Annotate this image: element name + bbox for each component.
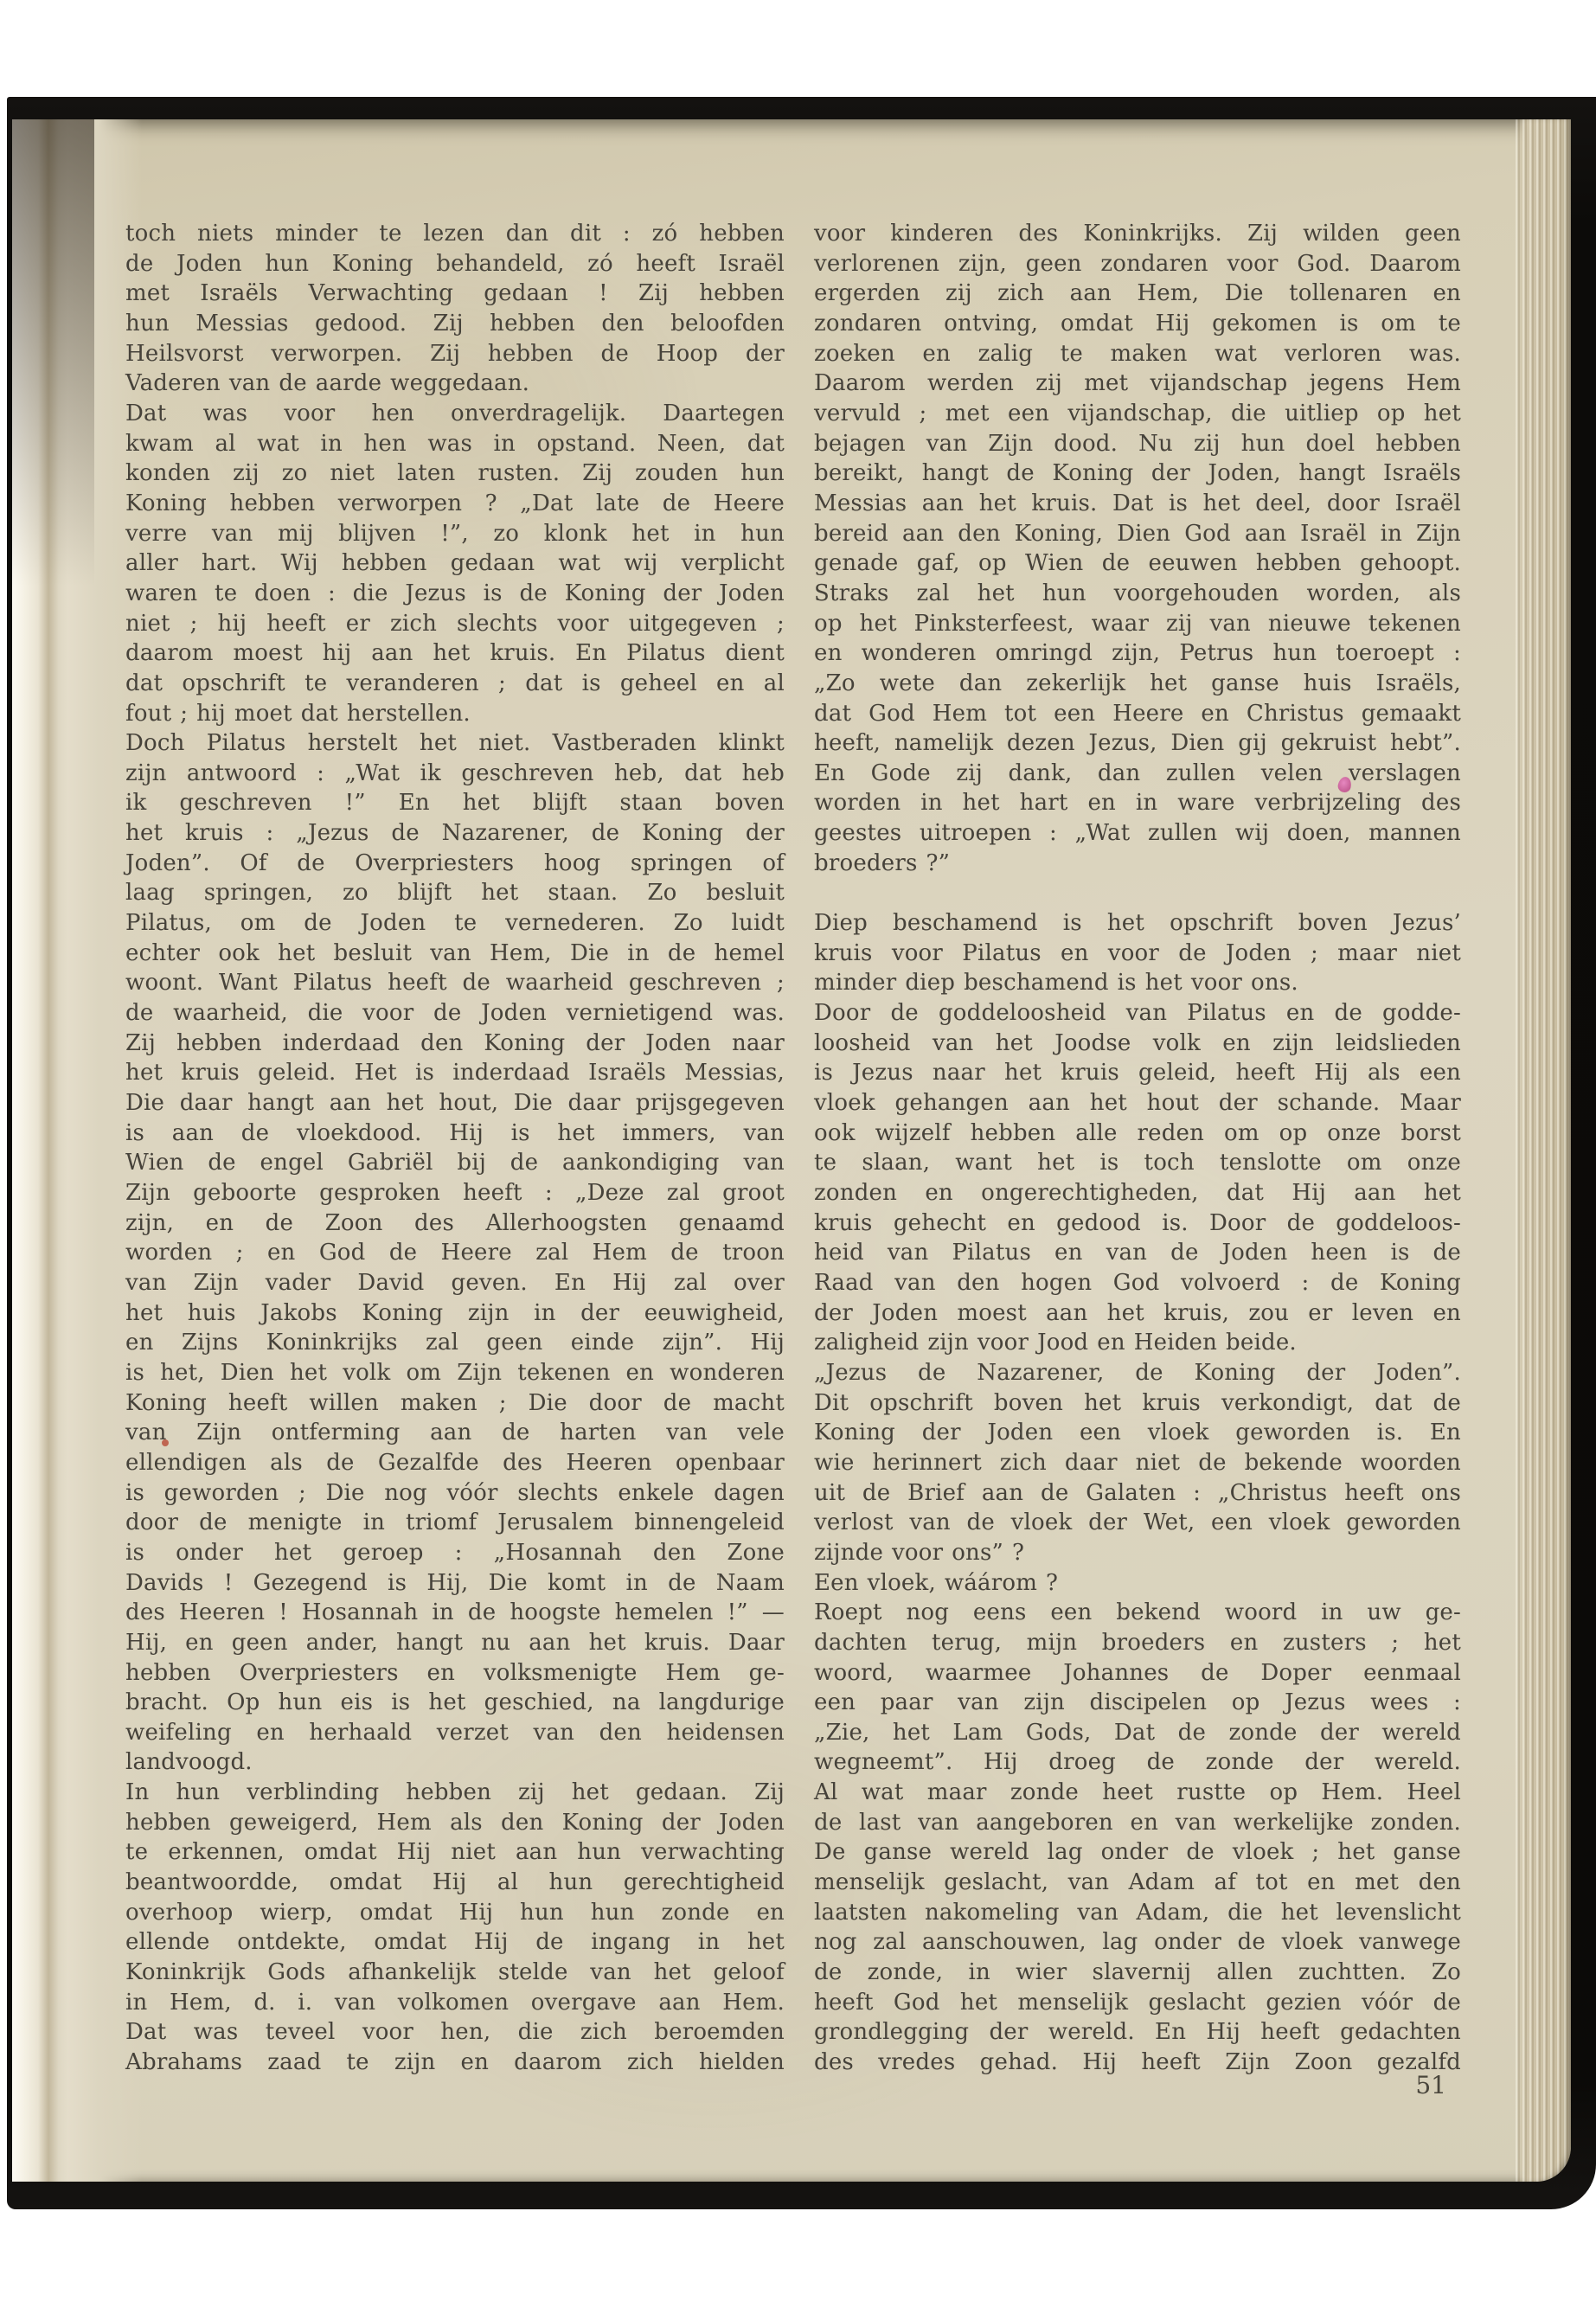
text-line: Dit opschrift boven het kruis verkondigt… xyxy=(814,1388,1461,1419)
text-line: konden zij zo niet laten rusten. Zij zou… xyxy=(125,458,785,489)
text-line: te slaan, want het is toch tenslotte om … xyxy=(814,1148,1461,1178)
text-line: Zijn geboorte gesproken heeft : „Deze za… xyxy=(125,1178,785,1208)
text-line: menselijk geslacht, van Adam af tot en m… xyxy=(814,1868,1461,1898)
text-line: dachten terug, mijn broeders en zusters … xyxy=(814,1628,1461,1658)
text-line: Davids ! Gezegend is Hij, Die komt in de… xyxy=(125,1568,785,1599)
text-line: bereikt, hangt de Koning der Joden, hang… xyxy=(814,458,1461,489)
text-line: ik geschreven !” En het blijft staan bov… xyxy=(125,788,785,818)
text-line: fout ; hij moet dat herstellen. xyxy=(125,699,785,729)
text-line: Abrahams zaad te zijn en daarom zich hie… xyxy=(125,2048,785,2078)
text-line: met Israëls Verwachting gedaan ! Zij heb… xyxy=(125,279,785,309)
text-line: ergerden zij zich aan Hem, Die tollenare… xyxy=(814,279,1461,309)
text-line: grondlegging der wereld. En Hij heeft ge… xyxy=(814,2017,1461,2048)
text-line: is Jezus naar het kruis geleid, heeft Hi… xyxy=(814,1058,1461,1088)
text-line: niet ; hij heeft er zich slechts voor ui… xyxy=(125,609,785,639)
text-line: Heilsvorst verworpen. Zij hebben de Hoop… xyxy=(125,339,785,369)
page-number: 51 xyxy=(1246,2071,1446,2099)
text-line: Zij hebben inderdaad den Koning der Jode… xyxy=(125,1029,785,1059)
text-line: verlost van de vloek der Wet, een vloek … xyxy=(814,1508,1461,1538)
text-line: bereid aan den Koning, Dien God aan Isra… xyxy=(814,519,1461,549)
text-line: ellende ontdekte, omdat Hij de ingang in… xyxy=(125,1927,785,1958)
text-line: Een vloek, wáárom ? xyxy=(814,1568,1461,1599)
text-line: in Hem, d. i. van volkomen overgave aan … xyxy=(125,1988,785,2018)
text-line: heeft, namelijk dezen Jezus, Dien gij ge… xyxy=(814,728,1461,759)
text-line: dat God Hem tot een Heere en Christus ge… xyxy=(814,699,1461,729)
text-line: De ganse wereld lag onder de vloek ; het… xyxy=(814,1837,1461,1868)
text-line: door de menigte in triomf Jerusalem binn… xyxy=(125,1508,785,1538)
text-line: kwam al wat in hen was in opstand. Neen,… xyxy=(125,429,785,459)
text-line: En Gode zij dank, dan zullen velen versl… xyxy=(814,759,1461,789)
text-line: laag springen, zo blijft het staan. Zo b… xyxy=(125,878,785,908)
text-line: ook wijzelf hebben alle reden om op onze… xyxy=(814,1118,1461,1149)
text-line: en Zijns Koninkrijks zal geen einde zijn… xyxy=(125,1328,785,1358)
text-line: nog zal aanschouwen, lag onder de vloek … xyxy=(814,1927,1461,1958)
text-line: worden ; en God de Heere zal Hem de troo… xyxy=(125,1238,785,1268)
text-line: broeders ?” xyxy=(814,849,1461,879)
text-line: geestes uitroepen : „Wat zullen wij doen… xyxy=(814,818,1461,849)
text-line: Koning hebben verworpen ? „Dat late de H… xyxy=(125,489,785,519)
text-line: de waarheid, die voor de Joden vernietig… xyxy=(125,998,785,1029)
text-line: daarom moest hij aan het kruis. En Pilat… xyxy=(125,638,785,669)
text-line: In hun verblinding hebben zij het gedaan… xyxy=(125,1778,785,1808)
text-line: het huis Jakobs Koning zijn in der eeuwi… xyxy=(125,1298,785,1329)
text-line: op het Pinksterfeest, waar zij van nieuw… xyxy=(814,609,1461,639)
text-line: Vaderen van de aarde weggedaan. xyxy=(125,369,785,399)
red-speck xyxy=(162,1439,169,1446)
text-line: Roept nog eens een bekend woord in uw ge… xyxy=(814,1598,1461,1628)
text-line: de Joden hun Koning behandeld, zó heeft … xyxy=(125,249,785,279)
text-line: worden in het hart en in ware verbrijzel… xyxy=(814,788,1461,818)
text-line: is aan de vloekdood. Hij is het immers, … xyxy=(125,1118,785,1149)
text-line: van Zijn vader David geven. En Hij zal o… xyxy=(125,1268,785,1298)
text-line: Dat was voor hen onverdragelijk. Daarteg… xyxy=(125,399,785,429)
paragraph-gap xyxy=(814,878,1461,908)
text-line: Dat was teveel voor hen, die zich beroem… xyxy=(125,2017,785,2048)
text-line: vloek gehangen aan het hout der schande.… xyxy=(814,1088,1461,1118)
text-line: Messias aan het kruis. Dat is het deel, … xyxy=(814,489,1461,519)
text-line: kruis voor Pilatus en voor de Joden ; ma… xyxy=(814,939,1461,969)
text-line: Pilatus, om de Joden te vernederen. Zo l… xyxy=(125,908,785,939)
text-line: woont. Want Pilatus heeft de waarheid ge… xyxy=(125,968,785,998)
text-line: ellendigen als de Gezalfde des Heeren op… xyxy=(125,1448,785,1478)
text-line: genade gaf, op Wien de eeuwen hebben geh… xyxy=(814,548,1461,579)
text-line: hebben Overpriesters en volksmenigte Hem… xyxy=(125,1658,785,1689)
text-line: de last van aangeboren en van werkelijke… xyxy=(814,1808,1461,1838)
text-line: is het, Dien het volk om Zijn tekenen en… xyxy=(125,1358,785,1388)
text-line: minder diep beschamend is het voor ons. xyxy=(814,968,1461,998)
text-line: heid van Pilatus en van de Joden heen is… xyxy=(814,1238,1461,1268)
text-line: Straks zal het hun voorgehouden worden, … xyxy=(814,579,1461,609)
text-line: voor kinderen des Koninkrijks. Zij wilde… xyxy=(814,219,1461,249)
text-line: Al wat maar zonde heet rustte op Hem. He… xyxy=(814,1778,1461,1808)
text-line: Die daar hangt aan het hout, Die daar pr… xyxy=(125,1088,785,1118)
text-line: dat opschrift te veranderen ; dat is geh… xyxy=(125,669,785,699)
text-line: Raad van den hogen God volvoerd : de Kon… xyxy=(814,1268,1461,1298)
text-line: „Jezus de Nazarener, de Koning der Joden… xyxy=(814,1358,1461,1388)
text-line: verre van mij blijven !”, zo klonk het i… xyxy=(125,519,785,549)
text-line: het kruis geleid. Het is inderdaad Israë… xyxy=(125,1058,785,1088)
text-line: Koning der Joden een vloek geworden is. … xyxy=(814,1418,1461,1448)
text-line: overhoop wierp, omdat Hij hun hun zonde … xyxy=(125,1898,785,1928)
text-line: weifeling en herhaald verzet van den hei… xyxy=(125,1718,785,1748)
text-line: zijn, en de Zoon des Allerhoogsten genaa… xyxy=(125,1208,785,1239)
text-line: hun Messias gedood. Zij hebben den beloo… xyxy=(125,309,785,339)
text-line: Diep beschamend is het opschrift boven J… xyxy=(814,908,1461,939)
text-line: wegneemt”. Hij droeg de zonde der wereld… xyxy=(814,1747,1461,1778)
text-line: beantwoordde, omdat Hij al hun gerechtig… xyxy=(125,1868,785,1898)
text-line: Daarom werden zij met vijandschap jegens… xyxy=(814,369,1461,399)
text-line: zoeken en zalig te maken wat verloren wa… xyxy=(814,339,1461,369)
text-line: wie herinnert zich daar niet de bekende … xyxy=(814,1448,1461,1478)
text-line: laatsten nakomeling van Adam, die het le… xyxy=(814,1898,1461,1928)
gutter-shadow xyxy=(12,119,94,586)
text-line: de zonde, in wier slavernij allen zuchtt… xyxy=(814,1958,1461,1988)
text-line: toch niets minder te lezen dan dit : zó … xyxy=(125,219,785,249)
text-line: zijn antwoord : „Wat ik geschreven heb, … xyxy=(125,759,785,789)
text-line: vervuld ; met een vijandschap, die uitli… xyxy=(814,399,1461,429)
text-line: en wonderen omringd zijn, Petrus hun toe… xyxy=(814,638,1461,669)
text-line: der Joden moest aan het kruis, zou er le… xyxy=(814,1298,1461,1329)
text-line: Koninkrijk Gods afhankelijk stelde van h… xyxy=(125,1958,785,1988)
text-line: zondaren ontving, omdat Hij gekomen is o… xyxy=(814,309,1461,339)
text-line: Koning heeft willen maken ; Die door de … xyxy=(125,1388,785,1419)
text-line: bejagen van Zijn dood. Nu zij hun doel h… xyxy=(814,429,1461,459)
text-line: uit de Brief aan de Galaten : „Christus … xyxy=(814,1478,1461,1509)
text-line: „Zie, het Lam Gods, Dat de zonde der wer… xyxy=(814,1718,1461,1748)
text-line: loosheid van het Joodse volk en zijn lei… xyxy=(814,1029,1461,1059)
text-line: heeft God het menselijk geslacht gezien … xyxy=(814,1988,1461,2018)
text-line: is onder het geroep : „Hosannah den Zone xyxy=(125,1538,785,1568)
text-line: zijnde voor ons” ? xyxy=(814,1538,1461,1568)
text-line: echter ook het besluit van Hem, Die in d… xyxy=(125,939,785,969)
text-line: „Zo wete dan zekerlijk het ganse huis Is… xyxy=(814,669,1461,699)
text-line: des Heeren ! Hosannah in de hoogste heme… xyxy=(125,1598,785,1628)
text-line: Doch Pilatus herstelt het niet. Vastbera… xyxy=(125,728,785,759)
text-line: Door de goddeloosheid van Pilatus en de … xyxy=(814,998,1461,1029)
text-line: een paar van zijn discipelen op Jezus we… xyxy=(814,1688,1461,1718)
page-edge-stack xyxy=(1516,119,1571,2182)
text-line: aller hart. Wij hebben gedaan wat wij ve… xyxy=(125,548,785,579)
text-line: van Zijn ontferming aan de harten van ve… xyxy=(125,1418,785,1448)
text-line: landvoogd. xyxy=(125,1747,785,1778)
text-line: woord, waarmee Johannes de Doper eenmaal xyxy=(814,1658,1461,1689)
text-column-right: voor kinderen des Koninkrijks. Zij wilde… xyxy=(814,219,1461,2078)
text-line: het kruis : „Jezus de Nazarener, de Koni… xyxy=(125,818,785,849)
text-line: Hij, en geen ander, hangt nu aan het kru… xyxy=(125,1628,785,1658)
text-line: is geworden ; Die nog vóór slechts enkel… xyxy=(125,1478,785,1509)
text-line: kruis gehecht en gedood is. Door de godd… xyxy=(814,1208,1461,1239)
text-column-left: toch niets minder te lezen dan dit : zó … xyxy=(125,219,785,2078)
text-line: zonden en ongerechtigheden, dat Hij aan … xyxy=(814,1178,1461,1208)
text-line: Joden”. Of de Overpriesters hoog springe… xyxy=(125,849,785,879)
text-line: waren te doen : die Jezus is de Koning d… xyxy=(125,579,785,609)
text-line: Wien de engel Gabriël bij de aankondigin… xyxy=(125,1148,785,1178)
text-line: hebben geweigerd, Hem als den Koning der… xyxy=(125,1808,785,1838)
text-line: verlorenen zijn, geen zondaren voor God.… xyxy=(814,249,1461,279)
text-line: bracht. Op hun eis is het geschied, na l… xyxy=(125,1688,785,1718)
text-line: te erkennen, omdat Hij niet aan hun verw… xyxy=(125,1837,785,1868)
text-line: zaligheid zijn voor Jood en Heiden beide… xyxy=(814,1328,1461,1358)
